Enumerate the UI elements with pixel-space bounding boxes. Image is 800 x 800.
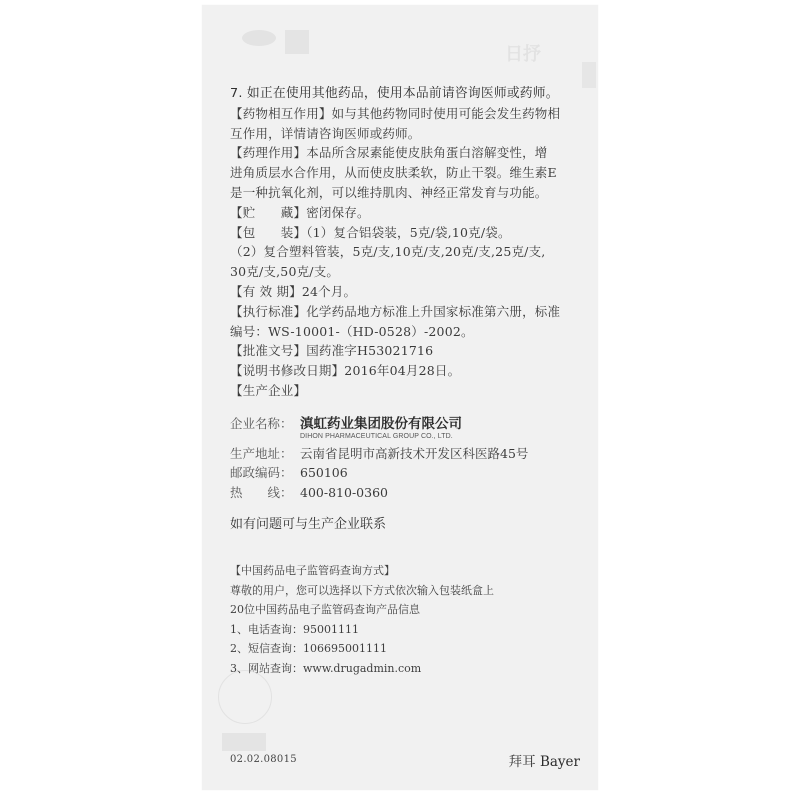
hotline-row: 热 线： 400-810-0360: [230, 483, 590, 503]
standard-line-2: 编号：WS-10001-（HD-0528）-2002。: [230, 322, 590, 342]
pharmacology-line-1: 【药理作用】本品所含尿素能使皮肤角蛋白溶解变性，增: [230, 143, 590, 163]
company-name: 滇虹药业集团股份有限公司: [300, 412, 462, 432]
document-code: 02.02.08015: [230, 754, 297, 765]
manufacturer-heading: 【生产企业】: [230, 381, 590, 401]
precaution-item-7: 7. 如正在使用其他药品，使用本品前请咨询医师或药师。: [230, 84, 590, 104]
drug-code-sms: 2、短信查询：106695001111: [230, 639, 590, 659]
company-name-label: 企业名称：: [230, 414, 300, 432]
manufacturer-block: 企业名称： 滇虹药业集团股份有限公司 DIHON PHARMACEUTICAL …: [230, 412, 590, 502]
brand-name: 拜耳 Bayer: [509, 750, 580, 770]
storage-line: 【贮 藏】密闭保存。: [230, 203, 590, 223]
postcode-value: 650106: [300, 465, 348, 480]
packaging-line-2: （2）复合塑料管装，5克/支,10克/支,20克/支,25克/支,: [230, 242, 590, 262]
drug-code-intro-2: 20位中国药品电子监管码查询产品信息: [230, 600, 590, 620]
hotline-label: 热 线：: [230, 483, 300, 501]
hotline-value: 400-810-0360: [300, 485, 388, 500]
show-through-barcode-box: [222, 733, 266, 751]
drug-code-phone: 1、电话查询：95001111: [230, 620, 590, 640]
address-row: 生产地址： 云南省昆明市高新技术开发区科医路45号: [230, 444, 590, 464]
packaging-line-1: 【包 装】（1）复合铝袋装，5克/袋,10克/袋。: [230, 223, 590, 243]
address-value: 云南省昆明市高新技术开发区科医路45号: [300, 444, 528, 462]
packaging-line-3: 30克/支,50克/支。: [230, 262, 590, 282]
drug-code-heading: 【中国药品电子监管码查询方式】: [230, 561, 590, 581]
approval-number-line: 【批准文号】国药准字H53021716: [230, 341, 590, 361]
drug-code-intro-1: 尊敬的用户，您可以选择以下方式依次输入包装纸盒上: [230, 581, 590, 601]
drug-interaction-line-1: 【药物相互作用】如与其他药物同时使用可能会发生药物相: [230, 104, 590, 124]
revision-date-line: 【说明书修改日期】2016年04月28日。: [230, 361, 590, 381]
standard-line-1: 【执行标准】化学药品地方标准上升国家标准第六册，标准: [230, 302, 590, 322]
drug-code-section: 【中国药品电子监管码查询方式】 尊敬的用户，您可以选择以下方式依次输入包装纸盒上…: [230, 561, 590, 679]
drug-interaction-line-2: 互作用，详情请咨询医师或药师。: [230, 124, 590, 144]
shelf-life-line: 【有 效 期】24个月。: [230, 282, 590, 302]
contact-note: 如有问题可与生产企业联系: [230, 513, 386, 532]
pharmacology-line-2: 进角质层水合作用，从而使皮肤柔软，防止干裂。维生素E: [230, 163, 590, 183]
postcode-row: 邮政编码： 650106: [230, 463, 590, 483]
postcode-label: 邮政编码：: [230, 463, 300, 481]
show-through-logo-icon: [242, 30, 276, 46]
show-through-title: 日抒: [505, 40, 541, 66]
leaflet-body: 7. 如正在使用其他药品，使用本品前请咨询医师或药师。 【药物相互作用】如与其他…: [230, 84, 590, 401]
pharmacology-line-3: 是一种抗氧化剂，可以维持肌肉、神经正常发育与功能。: [230, 183, 590, 203]
show-through-mark-icon: [285, 30, 309, 54]
company-name-row: 企业名称： 滇虹药业集团股份有限公司: [230, 412, 590, 432]
drug-code-website: 3、网站查询：www.drugadmin.com: [230, 659, 590, 679]
company-name-english: DIHON PHARMACEUTICAL GROUP CO., LTD.: [300, 432, 590, 444]
address-label: 生产地址：: [230, 444, 300, 462]
